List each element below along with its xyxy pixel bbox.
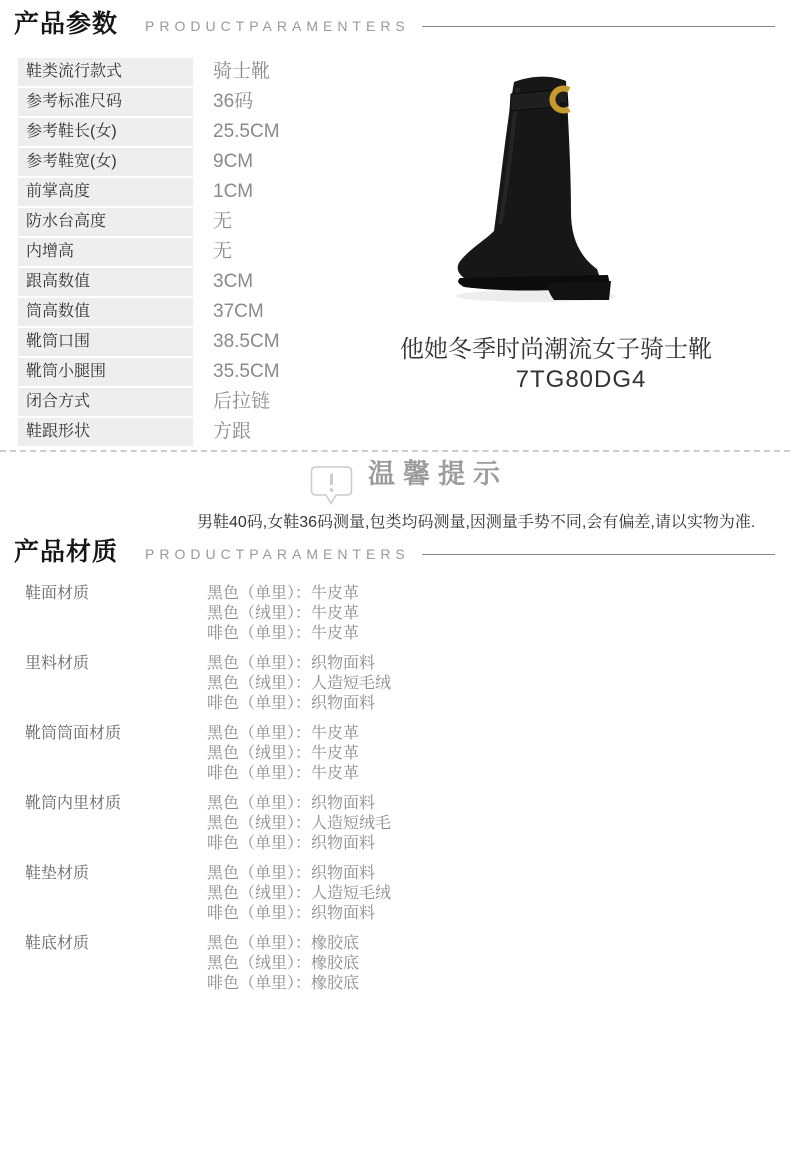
param-label: 闭合方式	[18, 388, 193, 416]
product-photo-boot	[448, 72, 658, 304]
material-value-line: 黑色（绒里）：牛皮革	[207, 744, 359, 764]
material-value-line: 黑色（单里）：橡胶底	[207, 934, 359, 954]
material-value-line: 啡色（单里）：织物面料	[207, 834, 391, 854]
material-value-line: 黑色（单里）：织物面料	[207, 794, 391, 814]
param-row: 前掌高度1CM	[0, 178, 440, 206]
material-value-line: 黑色（单里）：织物面料	[207, 864, 391, 884]
param-value: 无	[213, 238, 232, 266]
section-header-materials: 产品材质 PRODUCTPARAMENTERS	[14, 537, 775, 569]
product-detail-page: 产品参数 PRODUCTPARAMENTERS 鞋类流行款式骑士靴参考标准尺码3…	[0, 0, 790, 1150]
material-values: 黑色（单里）：橡胶底黑色（绒里）：橡胶底啡色（单里）：橡胶底	[207, 934, 359, 994]
param-row: 防水台高度无	[0, 208, 440, 236]
param-value: 骑士靴	[213, 58, 270, 86]
header-rule-line	[422, 554, 775, 555]
material-value-line: 黑色（单里）：牛皮革	[207, 584, 359, 604]
product-model: 7TG80DG4	[413, 366, 749, 394]
param-value: 9CM	[213, 148, 253, 176]
material-label: 靴筒筒面材质	[0, 724, 207, 784]
section-title: 产品参数	[14, 9, 118, 39]
param-label: 参考鞋长(女)	[18, 118, 193, 146]
param-row: 靴筒小腿围35.5CM	[0, 358, 440, 386]
material-value-line: 黑色（绒里）：人造短毛绒	[207, 884, 391, 904]
material-value-line: 啡色（单里）：牛皮革	[207, 764, 359, 784]
param-value: 38.5CM	[213, 328, 280, 356]
material-value-line: 啡色（单里）：织物面料	[207, 904, 391, 924]
material-label: 鞋面材质	[0, 584, 207, 644]
param-label: 鞋类流行款式	[18, 58, 193, 86]
param-label: 防水台高度	[18, 208, 193, 236]
param-label: 参考标准尺码	[18, 88, 193, 116]
material-value-line: 啡色（单里）：牛皮革	[207, 624, 359, 644]
material-values: 黑色（单里）：牛皮革黑色（绒里）：牛皮革啡色（单里）：牛皮革	[207, 724, 359, 784]
param-label: 筒高数值	[18, 298, 193, 326]
section-title: 产品材质	[14, 537, 118, 567]
param-value: 35.5CM	[213, 358, 280, 386]
material-group: 里料材质黑色（单里）：织物面料黑色（绒里）：人造短毛绒啡色（单里）：织物面料	[0, 654, 790, 714]
material-value-line: 黑色（绒里）：人造短毛绒	[207, 674, 391, 694]
param-row: 靴筒口围38.5CM	[0, 328, 440, 356]
param-label: 靴筒小腿围	[18, 358, 193, 386]
params-table: 鞋类流行款式骑士靴参考标准尺码36码参考鞋长(女)25.5CM参考鞋宽(女)9C…	[0, 58, 440, 448]
param-label: 跟高数值	[18, 268, 193, 296]
param-row: 筒高数值37CM	[0, 298, 440, 326]
param-row: 参考标准尺码36码	[0, 88, 440, 116]
material-group: 鞋面材质黑色（单里）：牛皮革黑色（绒里）：牛皮革啡色（单里）：牛皮革	[0, 584, 790, 644]
param-label: 鞋跟形状	[18, 418, 193, 446]
param-value: 后拉链	[213, 388, 270, 416]
param-value: 25.5CM	[213, 118, 280, 146]
param-value: 无	[213, 208, 232, 236]
param-label: 靴筒口围	[18, 328, 193, 356]
param-row: 参考鞋长(女)25.5CM	[0, 118, 440, 146]
material-values: 黑色（单里）：织物面料黑色（绒里）：人造短绒毛啡色（单里）：织物面料	[207, 794, 391, 854]
boot-illustration	[448, 72, 658, 304]
tips-note: 男鞋40码,女鞋36码测量,包类均码测量,因测量手势不同,会有偏差,请以实物为准…	[197, 509, 755, 532]
param-row: 跟高数值3CM	[0, 268, 440, 296]
param-label: 参考鞋宽(女)	[18, 148, 193, 176]
param-value: 37CM	[213, 298, 264, 326]
tips-title: 温馨提示	[368, 452, 508, 491]
header-rule-line	[422, 26, 775, 27]
material-group: 鞋底材质黑色（单里）：橡胶底黑色（绒里）：橡胶底啡色（单里）：橡胶底	[0, 934, 790, 994]
material-values: 黑色（单里）：织物面料黑色（绒里）：人造短毛绒啡色（单里）：织物面料	[207, 654, 391, 714]
param-label: 内增高	[18, 238, 193, 266]
material-value-line: 黑色（单里）：织物面料	[207, 654, 391, 674]
material-values: 黑色（单里）：织物面料黑色（绒里）：人造短毛绒啡色（单里）：织物面料	[207, 864, 391, 924]
section-header-params: 产品参数 PRODUCTPARAMENTERS	[14, 9, 775, 41]
exclamation-bubble-icon	[310, 465, 354, 510]
material-label: 里料材质	[0, 654, 207, 714]
material-values: 黑色（单里）：牛皮革黑色（绒里）：牛皮革啡色（单里）：牛皮革	[207, 584, 359, 644]
product-name: 他她冬季时尚潮流女子骑士靴	[388, 329, 724, 364]
param-row: 参考鞋宽(女)9CM	[0, 148, 440, 176]
material-value-line: 黑色（绒里）：人造短绒毛	[207, 814, 391, 834]
param-value: 方跟	[213, 418, 251, 446]
material-value-line: 黑色（单里）：牛皮革	[207, 724, 359, 744]
param-value: 36码	[213, 88, 253, 116]
material-group: 靴筒筒面材质黑色（单里）：牛皮革黑色（绒里）：牛皮革啡色（单里）：牛皮革	[0, 724, 790, 784]
param-label: 前掌高度	[18, 178, 193, 206]
param-row: 鞋类流行款式骑士靴	[0, 58, 440, 86]
material-value-line: 黑色（绒里）：牛皮革	[207, 604, 359, 624]
param-value: 3CM	[213, 268, 253, 296]
material-value-line: 啡色（单里）：橡胶底	[207, 974, 359, 994]
section-subtitle: PRODUCTPARAMENTERS	[145, 546, 410, 562]
param-row: 闭合方式后拉链	[0, 388, 440, 416]
material-label: 靴筒内里材质	[0, 794, 207, 854]
material-label: 鞋垫材质	[0, 864, 207, 924]
param-row: 内增高无	[0, 238, 440, 266]
material-group: 鞋垫材质黑色（单里）：织物面料黑色（绒里）：人造短毛绒啡色（单里）：织物面料	[0, 864, 790, 924]
material-value-line: 黑色（绒里）：橡胶底	[207, 954, 359, 974]
materials-list: 鞋面材质黑色（单里）：牛皮革黑色（绒里）：牛皮革啡色（单里）：牛皮革里料材质黑色…	[0, 584, 790, 1004]
param-row: 鞋跟形状方跟	[0, 418, 440, 446]
param-value: 1CM	[213, 178, 253, 206]
section-subtitle: PRODUCTPARAMENTERS	[145, 18, 410, 34]
material-label: 鞋底材质	[0, 934, 207, 994]
material-group: 靴筒内里材质黑色（单里）：织物面料黑色（绒里）：人造短绒毛啡色（单里）：织物面料	[0, 794, 790, 854]
material-value-line: 啡色（单里）：织物面料	[207, 694, 391, 714]
